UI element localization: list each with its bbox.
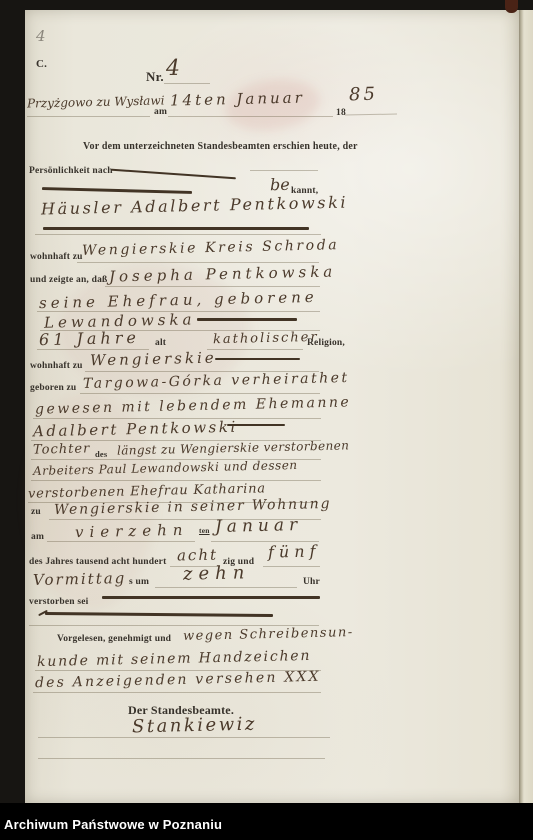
rule-line (33, 692, 321, 693)
header-date: 14ten Januar (170, 88, 305, 109)
rule-line (38, 758, 325, 759)
scanned-register-page: 4 C. Nr. 4 Przyżgowo zu Wysławi am 14ten… (0, 0, 533, 840)
binding-mark (505, 0, 518, 13)
nr-label: Nr. (146, 70, 164, 83)
birthplace: Targowa-Górka verheirathet (83, 370, 350, 392)
alt-label: alt (155, 339, 166, 349)
year-hand: 85 (349, 84, 378, 106)
relation-line: seine Ehefrau, geborene (39, 288, 318, 312)
am-label-header: am (154, 108, 167, 118)
des-label: des (95, 450, 107, 459)
registrar-signature: Stankiewiz (132, 714, 257, 738)
am-label-death: am (31, 533, 44, 543)
wohnhaft-zu-label-2: wohnhaft zu (30, 362, 83, 372)
rule-line (27, 116, 150, 117)
series-letter: C. (36, 59, 47, 70)
rule-line (80, 393, 320, 394)
wohnhaft-zu-label-1: wohnhaft zu (30, 253, 83, 263)
closing-hand-2: kunde mit seinem Handzeichen (37, 648, 312, 670)
closing-hand-3: des Anzeigenden versehen XXX (35, 669, 321, 691)
residence-2: Wengierskie (90, 349, 217, 370)
ink-strike (45, 612, 273, 616)
tochter-hand: Tochter (33, 441, 91, 457)
rule-line (207, 349, 303, 350)
death-day: vierzehn (75, 521, 189, 542)
nr-value: 4 (166, 56, 181, 81)
religion-label: Religion, (307, 339, 345, 349)
geboren-zu-label: geboren zu (30, 384, 76, 394)
closing-printed: Vorgelesen, genehmigt und (57, 635, 171, 645)
closing-hand-1: wegen Schreibensun- (183, 625, 354, 644)
rule-line (105, 286, 320, 287)
rule-line (345, 114, 397, 116)
death-month: Januar (215, 515, 303, 537)
declarant-name: Häusler Adalbert Pentkowski (41, 193, 349, 219)
ink-strike (42, 187, 192, 193)
year-unit-hand: fünf (268, 541, 321, 561)
rule-line (31, 480, 321, 481)
ink-strike (215, 358, 300, 360)
age-value: 61 Jahre (39, 328, 140, 349)
hour-hand: zehn (183, 562, 251, 585)
rule-line (47, 541, 195, 542)
residence-1: Wengierskie Kreis Schroda (82, 237, 340, 259)
verstorben-label: verstorben sei (29, 598, 89, 608)
uhr-label: Uhr (303, 578, 320, 588)
husband-name: Adalbert Pentkowski (33, 418, 238, 441)
rule-line (35, 234, 321, 235)
religion-value: katholischer (213, 330, 319, 347)
rule-line (164, 83, 210, 84)
zeigte-an-label: und zeigte an, daß (30, 276, 108, 286)
rule-line (168, 116, 333, 117)
zu-label: zu (31, 508, 41, 518)
daytime-hand: Vormittag (33, 569, 127, 589)
year-line-label: des Jahres tausend acht hundert (29, 558, 166, 568)
parents-line-1: längst zu Wengierskie verstorbenen (117, 438, 350, 457)
rule-line (38, 737, 330, 738)
parents-line-2: Arbeiters Paul Lewandowski und dessen (33, 458, 298, 478)
ink-strike (197, 318, 297, 321)
pencil-number: 4 (36, 27, 46, 45)
deceased-name: Josepha Pentkowska (109, 262, 337, 285)
ten-label: ten (199, 527, 210, 535)
ink-strike (102, 596, 320, 599)
persoenlichkeit-label: Persönlichkeit nach (29, 167, 113, 177)
intro-line: Vor dem unterzeichneten Standesbeamten e… (83, 142, 358, 152)
rule-line (250, 170, 318, 171)
ink-strike (227, 424, 285, 426)
rule-line (155, 587, 297, 588)
rule-line (263, 566, 320, 567)
header-place: Przyżgowo zu Wysławi (27, 93, 165, 110)
ink-strike (111, 169, 236, 180)
bekannt-hand-prefix: be (270, 175, 290, 194)
page-edge-sliver (519, 10, 533, 803)
document-paper: 4 C. Nr. 4 Przyżgowo zu Wysławi am 14ten… (25, 10, 519, 803)
married-line: gewesen mit lebendem Ehemanne (35, 394, 352, 417)
decade-hand: acht (177, 546, 218, 565)
ink-underline (43, 227, 309, 230)
archive-caption: Archiwum Państwowe w Poznaniu (4, 818, 222, 831)
archive-caption-bar: Archiwum Państwowe w Poznaniu (0, 803, 533, 840)
s-um-label: s um (129, 578, 149, 588)
